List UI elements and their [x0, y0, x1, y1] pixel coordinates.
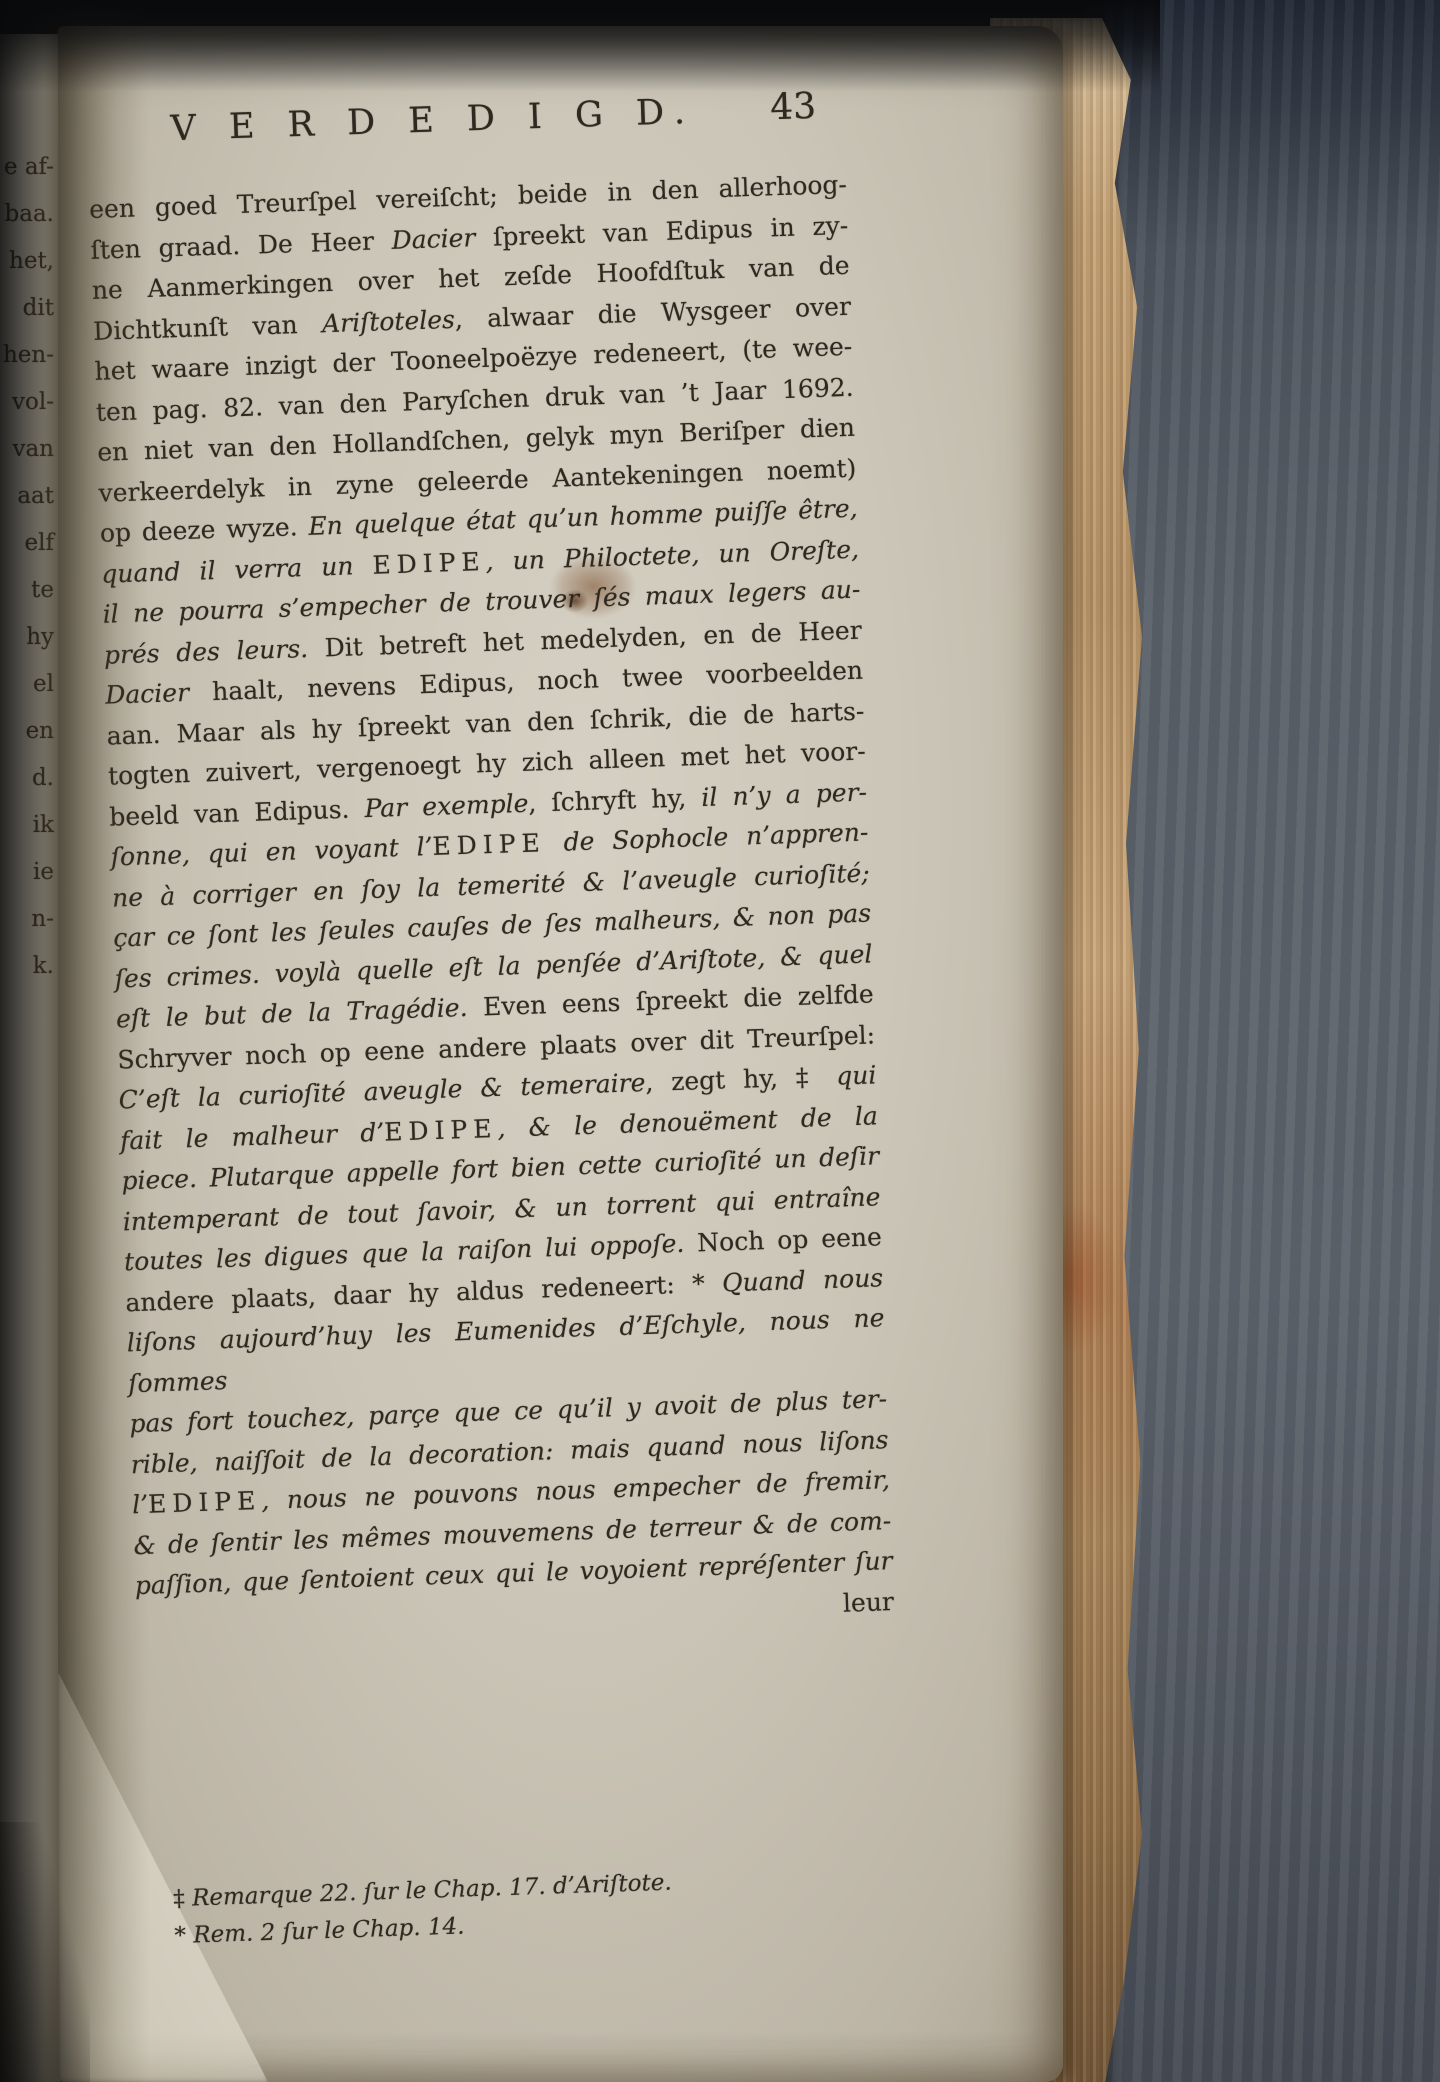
text-segment: ‡: [173, 1885, 193, 1912]
page-number: 43: [770, 86, 817, 128]
text-segment: Even eens ſpreekt die zelfde: [467, 979, 874, 1021]
text-segment: de Sophocle n’appren-: [545, 817, 869, 857]
text-segment: leur: [843, 1587, 895, 1618]
facing-page-fragment: het,: [9, 248, 54, 274]
facing-page-fragment: k.: [33, 953, 54, 979]
text-segment: , ſchryft hy,: [528, 782, 702, 817]
text-segment: *: [174, 1922, 194, 1949]
text-segment: qui: [836, 1060, 877, 1090]
running-header: V E R D E D I G D. 43: [86, 86, 867, 168]
text-segment: Par exemple: [364, 788, 529, 822]
text-segment: Rem. 2 ſur le Chap. 14.: [193, 1913, 465, 1948]
facing-page-fragment: el: [33, 671, 54, 697]
text-segment: , zegt hy, ‡: [645, 1062, 837, 1097]
page-title: V E R D E D I G D.: [170, 92, 697, 149]
page-text: V E R D E D I G D. 43 een goed Treurſpel…: [86, 85, 947, 1956]
text-segment: Dichtkunſt van: [93, 309, 323, 346]
facing-page-fragment: hen-: [3, 342, 54, 368]
text-segment: Ariſtoteles: [322, 304, 456, 337]
text-segment: eſt le but de la Tragédie.: [116, 993, 468, 1034]
text-segment: ſonne, qui en voyant l’: [110, 832, 433, 872]
text-segment: ſpreekt van Edipus in zy-: [475, 210, 849, 251]
book-photo: e af-baa.het,dithen-vol-vanaatelftehyele…: [0, 0, 1440, 2082]
text-segment: fait le malheur d’: [120, 1117, 385, 1155]
facing-page-fragment: en: [26, 718, 54, 744]
text-segment: Noch op eene: [684, 1222, 882, 1258]
text-segment: , & le denouëment de la: [497, 1101, 878, 1143]
text-segment: Dacier: [391, 223, 476, 255]
text-segment: prés des leurs.: [104, 633, 309, 669]
facing-page-fragment: vol-: [12, 389, 54, 415]
facing-page-fragment: te: [31, 577, 54, 603]
body-text: een goed Treurſpel vereiſcht; beide in d…: [89, 163, 937, 1647]
text-segment: il n’y a per-: [701, 777, 868, 811]
text-segment: ſten graad. De Heer: [90, 225, 392, 264]
footnotes: ‡ Remarque 22. ſur le Chap. 17. d’Ariſto…: [145, 1856, 947, 1956]
facing-page-fragment: ie: [33, 859, 54, 885]
facing-page-fragment: n-: [31, 906, 54, 932]
text-segment: Dacier: [105, 678, 190, 710]
text-segment: l’: [132, 1490, 149, 1520]
text-segment: EDIPE: [148, 1486, 262, 1519]
book-cover-cloth: [1085, 0, 1440, 2082]
text-segment: beeld van Edipus.: [109, 794, 365, 831]
facing-page-sliver: e af-baa.het,dithen-vol-vanaatelftehyele…: [0, 34, 60, 2082]
text-segment: , un Philoctete, un Oreſte,: [485, 534, 859, 575]
facing-page-fragment: elf: [25, 530, 54, 556]
text-segment: , alwaar die Wysgeer over: [454, 291, 851, 333]
text-segment: EDIPE: [384, 1113, 498, 1146]
text-segment: EDIPE: [372, 547, 486, 580]
facing-page-fragment: baa.: [5, 201, 54, 227]
text-segment: EDIPE: [432, 828, 546, 861]
facing-page-fragment: e af-: [4, 154, 54, 180]
text-segment: Quand nous: [722, 1263, 884, 1297]
facing-page-fragment: d.: [32, 765, 54, 791]
facing-page-fragment: aat: [17, 483, 54, 509]
facing-page-fragment: van: [12, 436, 54, 462]
facing-page-fragment: hy: [26, 624, 54, 650]
facing-page-fragment: dit: [23, 295, 54, 321]
text-segment: quand il verra un: [101, 550, 373, 588]
text-segment: op deeze wyze.: [99, 512, 308, 548]
book-page: V E R D E D I G D. 43 een goed Treurſpel…: [58, 26, 1063, 2082]
facing-page-fragment: ik: [33, 812, 54, 838]
